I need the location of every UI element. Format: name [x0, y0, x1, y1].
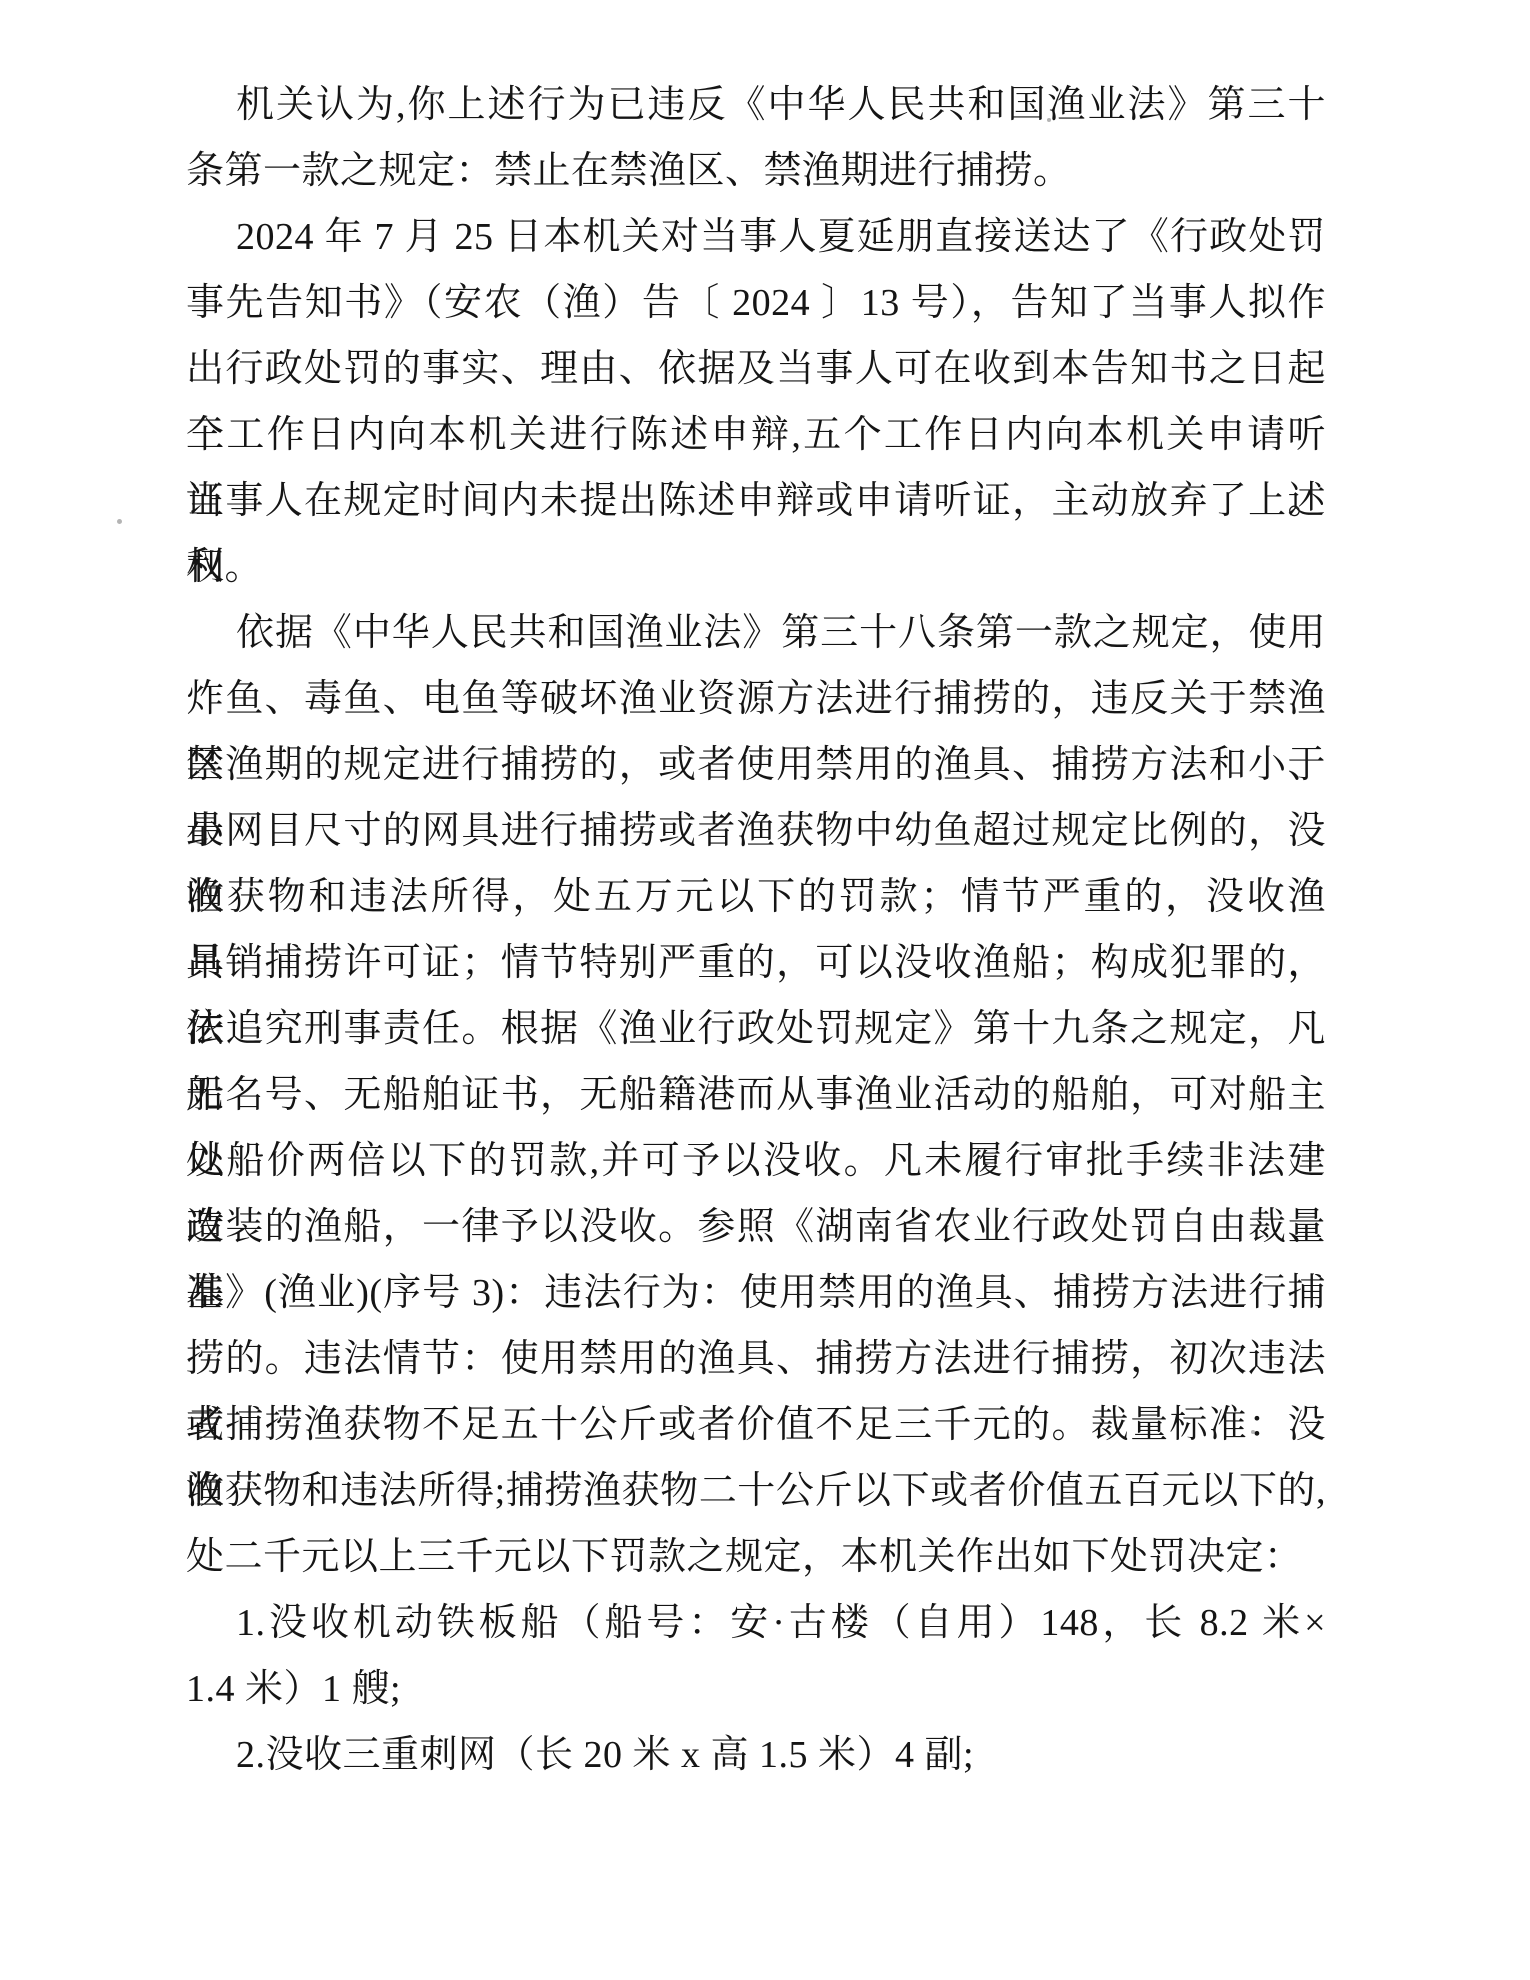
text-line: 捞的。违法情节：使用禁用的渔具、捕捞方法进行捕捞，初次违法或	[186, 1326, 1326, 1392]
text-line: 出行政处罚的事实、理由、依据及当事人可在收到本告知书之日起三	[186, 336, 1326, 402]
text-line: 炸鱼、毒鱼、电鱼等破坏渔业资源方法进行捕捞的，违反关于禁渔区、	[186, 666, 1326, 732]
text-line: 2024 年 7 月 25 日本机关对当事人夏延朋直接送达了《行政处罚	[186, 204, 1326, 270]
text-line: 当事人在规定时间内未提出陈述申辩或申请听证，主动放弃了上述权	[186, 468, 1326, 534]
text-line: 机关认为,你上述行为已违反《中华人民共和国渔业法》第三十	[186, 72, 1326, 138]
text-line: 准》(渔业)(序号 3)：违法行为：使用禁用的渔具、捕捞方法进行捕	[186, 1260, 1326, 1326]
text-line: 法追究刑事责任。根据《渔业行政处罚规定》第十九条之规定，凡无	[186, 996, 1326, 1062]
text-line: 改装的渔船，一律予以没收。参照《湖南省农业行政处罚自由裁量基	[186, 1194, 1326, 1260]
text-line: 小网目尺寸的网具进行捕捞或者渔获物中幼鱼超过规定比例的，没收	[186, 798, 1326, 864]
text-line: 者捕捞渔获物不足五十公斤或者价值不足三千元的。裁量标准：没收	[186, 1392, 1326, 1458]
scan-speckle	[1047, 118, 1051, 122]
scanned-document-page: 机关认为,你上述行为已违反《中华人民共和国渔业法》第三十条第一款之规定：禁止在禁…	[0, 0, 1530, 1980]
document-text-block: 机关认为,你上述行为已违反《中华人民共和国渔业法》第三十条第一款之规定：禁止在禁…	[186, 72, 1326, 1788]
text-line: 渔获物和违法所得，处五万元以下的罚款；情节严重的，没收渔具，	[186, 864, 1326, 930]
text-line: 依据《中华人民共和国渔业法》第三十八条第一款之规定，使用	[186, 600, 1326, 666]
scan-speckle	[1251, 1430, 1255, 1434]
text-line: 2.没收三重刺网（长 20 米 x 高 1.5 米）4 副;	[186, 1722, 1326, 1788]
text-line: 利。	[186, 534, 1326, 600]
text-line: 禁渔期的规定进行捕捞的，或者使用禁用的渔具、捕捞方法和小于最	[186, 732, 1326, 798]
text-line: 以船价两倍以下的罚款,并可予以没收。凡未履行审批手续非法建造、	[186, 1128, 1326, 1194]
scan-speckle	[117, 519, 122, 524]
text-line: 船名号、无船舶证书，无船籍港而从事渔业活动的船舶，可对船主处	[186, 1062, 1326, 1128]
text-line: 个工作日内向本机关进行陈述申辩,五个工作日内向本机关申请听证。	[186, 402, 1326, 468]
text-line: 1.4 米）1 艘;	[186, 1656, 1326, 1722]
text-line: 事先告知书》（安农（渔）告〔 2024 〕13 号），告知了当事人拟作	[186, 270, 1326, 336]
text-line: 吊销捕捞许可证；情节特别严重的，可以没收渔船；构成犯罪的，依	[186, 930, 1326, 996]
scan-speckle	[855, 1040, 859, 1044]
text-line: 渔获物和违法所得;捕捞渔获物二十公斤以下或者价值五百元以下的,	[186, 1458, 1326, 1524]
text-line: 1.没收机动铁板船（船号：安·古楼（自用）148，长 8.2 米×	[186, 1590, 1326, 1656]
text-line: 处二千元以上三千元以下罚款之规定，本机关作出如下处罚决定：	[186, 1524, 1326, 1590]
text-line: 条第一款之规定：禁止在禁渔区、禁渔期进行捕捞。	[186, 138, 1326, 204]
